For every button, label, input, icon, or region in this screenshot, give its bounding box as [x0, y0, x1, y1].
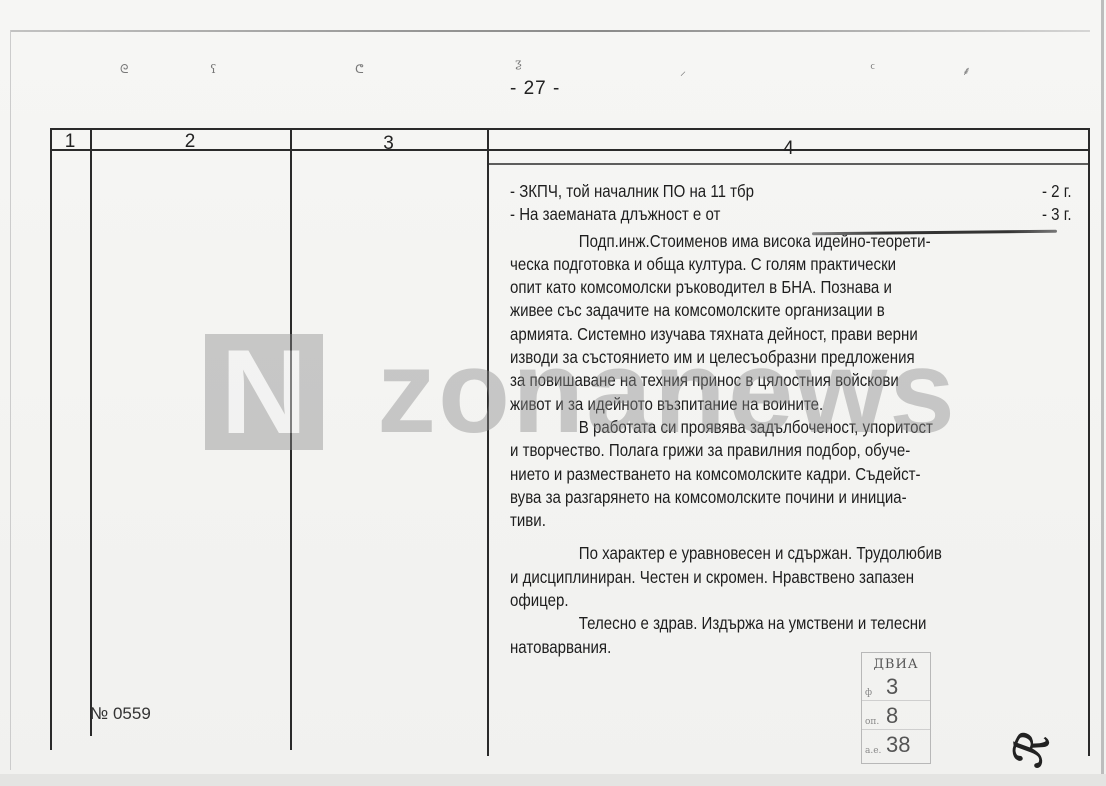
text-line: нието и разместването на комсомолските к… [510, 463, 1091, 486]
document-table: 1 2 3 4 - ЗКПЧ, той началник ПО на 11 тб… [50, 128, 1090, 756]
table-top-rule [50, 128, 1090, 130]
page-number: - 27 - [510, 78, 560, 100]
column4-subheader-rule [487, 163, 1090, 165]
archive-stamp-inventory: оп. 8 [862, 701, 930, 730]
punch-mark: ʕ [210, 62, 216, 76]
service-line-duration: - 3 г. [1042, 203, 1091, 226]
stamp-value: 8 [886, 703, 898, 729]
archive-stamp: ДВИА ф 3 оп. 8 а.е. 38 [861, 652, 931, 764]
service-line-text: - На заеманата длъжност е от [510, 203, 720, 226]
text-line: вува за разгарянето на комсомолските поч… [510, 486, 1091, 509]
text-line: живот и за идейното възпитание на воинит… [510, 393, 1091, 416]
punch-mark: ƺ [515, 56, 522, 70]
scanned-page: ᘓ ʕ ᕦ ƺ ⸝ ᑦ ⸙ - 27 - 1 2 3 4 - ЗКПЧ, той… [0, 0, 1106, 786]
text-line: за повишаване на техния принос в цялостн… [510, 369, 1091, 392]
column-header-4: 4 [487, 138, 1090, 160]
column-divider [487, 128, 489, 756]
service-line: - ЗКПЧ, той началник ПО на 11 тбр - 2 г. [510, 180, 1091, 203]
text-line: ческа подготовка и обща култура. С голям… [510, 253, 1091, 276]
column-header-2: 2 [90, 131, 290, 153]
scan-edge-left [10, 30, 11, 770]
text-line: живее със задачите на комсомолските орга… [510, 299, 1091, 322]
punch-mark: ⸝ [680, 62, 686, 79]
text-line: Телесно е здрав. Издържа на умствени и т… [510, 612, 1091, 635]
text-line: тиви. [510, 509, 1091, 532]
text-line: изводи за състоянието им и целесъобразни… [510, 346, 1091, 369]
archive-stamp-title: ДВИА [862, 657, 930, 672]
punch-mark: ⸙ [962, 62, 971, 79]
evaluation-text: - ЗКПЧ, той началник ПО на 11 тбр - 2 г.… [510, 180, 1091, 659]
text-line: натоварвания. [510, 636, 1091, 659]
scan-edge-top [10, 30, 1090, 32]
text-line: По характер е уравновесен и сдържан. Тру… [510, 542, 1091, 565]
punch-mark: ᘓ [120, 62, 128, 77]
stamp-label: а.е. [865, 746, 881, 756]
stamp-value: 38 [886, 732, 910, 758]
stamp-label: ф [865, 688, 872, 698]
scan-edge-bottom [0, 774, 1106, 786]
column-divider [290, 128, 292, 750]
service-line-text: - ЗКПЧ, той началник ПО на 11 тбр [510, 180, 754, 203]
registration-number: № 0559 [90, 704, 151, 724]
text-line: В работата си проявява задълбоченост, уп… [510, 416, 1091, 439]
punch-mark: ᕦ [355, 62, 364, 76]
archive-stamp-unit: а.е. 38 [862, 730, 930, 758]
text-line: и творчество. Полага грижи за правилния … [510, 439, 1091, 462]
text-line: армията. Системно изучава тяхната дейнос… [510, 323, 1091, 346]
column-header-1: 1 [50, 131, 90, 153]
text-line: и дисциплиниран. Честен и скромен. Нравс… [510, 566, 1091, 589]
text-line: опит като комсомолски ръководител в БНА.… [510, 276, 1091, 299]
scan-edge-right [1101, 0, 1104, 786]
archive-stamp-fond: ф 3 [862, 672, 930, 701]
text-line: офицер. [510, 589, 1091, 612]
service-line-duration: - 2 г. [1042, 180, 1091, 203]
column-divider [90, 128, 92, 736]
stamp-label: оп. [865, 717, 879, 727]
service-line: - На заеманата длъжност е от - 3 г. [510, 203, 1091, 226]
column-header-3: 3 [290, 133, 487, 155]
stamp-value: 3 [886, 674, 898, 700]
column-divider [50, 128, 52, 750]
punch-mark: ᑦ [870, 62, 875, 76]
